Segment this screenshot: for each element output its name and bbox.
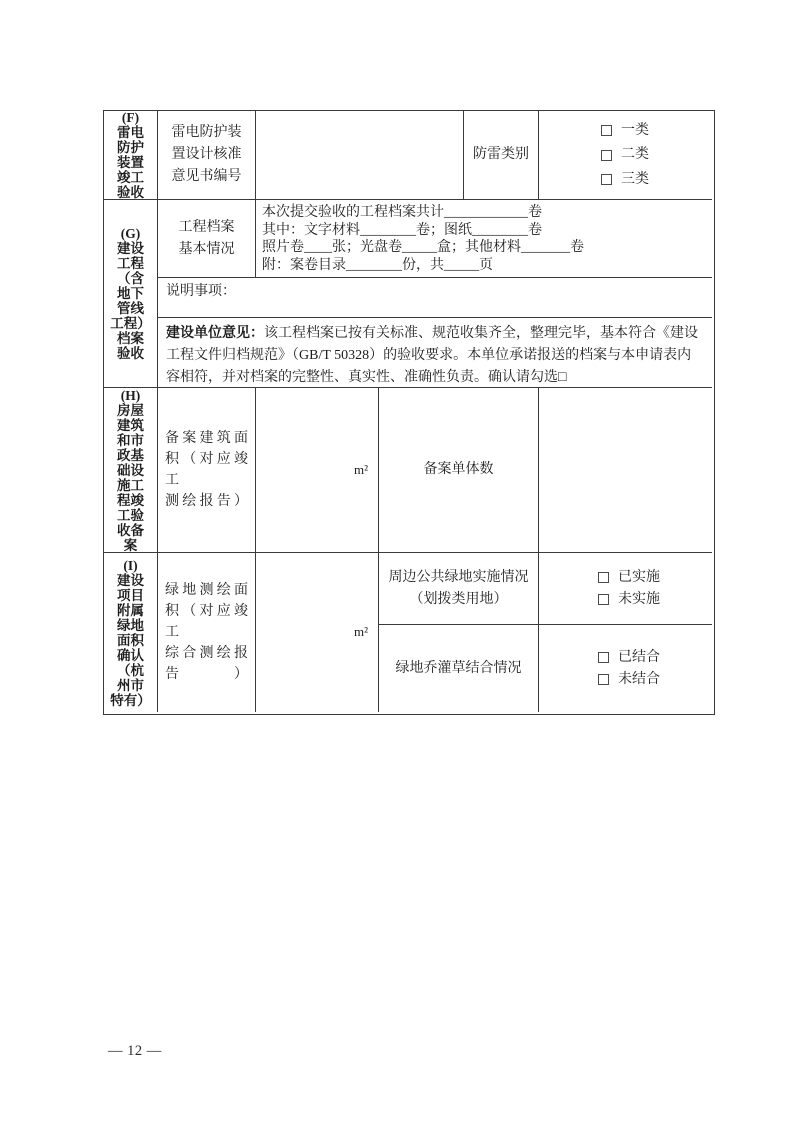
filing-unit-count-value: [539, 388, 712, 553]
section-h-label: (H) 房屋 建筑 和市 政基 础设 施工 程竣 工验 收备 案: [104, 388, 158, 553]
square-meter-unit: m²: [354, 624, 368, 640]
checkbox-icon[interactable]: [598, 674, 609, 685]
lightning-category-label: 防雷类别: [464, 111, 539, 200]
option-not-implemented: 未实施: [598, 591, 712, 609]
checkbox-icon[interactable]: [601, 150, 612, 161]
public-green-implementation-label: 周边公共绿地实施情况 （划拨类用地）: [379, 553, 539, 625]
option-label: 三类: [621, 171, 649, 189]
checkbox-icon[interactable]: [598, 572, 609, 583]
archive-line-materials: 其中：文字材料________卷；图纸________卷: [262, 222, 706, 240]
checkbox-icon[interactable]: [598, 652, 609, 663]
archive-line-total: 本次提交验收的工程档案共计____________卷: [262, 204, 706, 222]
option-class-3: 三类: [601, 171, 712, 189]
section-g-label: (G) 建设 工程 （含 地下 管线 工程） 档案 验收: [104, 200, 158, 388]
green-mix-options: 已结合 未结合: [539, 625, 712, 712]
section-i-label: (I) 建设 项目 附属 绿地 面积 确认 （杭 州市 特有）: [104, 553, 158, 712]
checkbox-icon[interactable]: [598, 594, 609, 605]
opinion-title: 建设单位意见：: [166, 326, 264, 341]
option-class-1: 一类: [601, 122, 712, 140]
archive-line-catalog: 附：案卷目录________份，共_____页: [262, 257, 706, 275]
lightning-category-options: 一类 二类 三类: [539, 111, 712, 200]
section-f-label: (F) 雷电 防护 装置 竣工 验收: [104, 111, 158, 200]
lightning-approval-number-label: 雷电防护装 置设计核准 意见书编号: [158, 111, 256, 200]
option-implemented: 已实施: [598, 569, 712, 587]
construction-unit-opinion-cell: 建设单位意见：该工程档案已按有关标准、规范收集齐全，整理完毕，基本符合《建设工程…: [158, 318, 712, 388]
option-not-combined: 未结合: [598, 671, 712, 689]
square-meter-unit: m²: [354, 462, 368, 478]
option-label: 未实施: [618, 591, 660, 609]
page-number: — 12 —: [108, 1043, 162, 1060]
option-label: 一类: [621, 122, 649, 140]
public-green-implementation-options: 已实施 未实施: [539, 553, 712, 625]
option-label: 已实施: [618, 569, 660, 587]
green-area-label: 绿地测绘面 积（对应竣工 综合测绘报 告）: [158, 553, 256, 712]
acceptance-form-table: (F) 雷电 防护 装置 竣工 验收 雷电防护装 置设计核准 意见书编号 防雷类…: [103, 110, 715, 715]
filing-unit-count-label: 备案单体数: [379, 388, 539, 553]
option-label: 二类: [621, 146, 649, 164]
archive-line-photos: 照片卷____张；光盘卷_____盒；其他材料_______卷: [262, 239, 706, 257]
green-mix-label: 绿地乔灌草结合情况: [379, 625, 539, 712]
notes-cell: 说明事项：: [158, 278, 712, 318]
option-class-2: 二类: [601, 146, 712, 164]
option-combined: 已结合: [598, 649, 712, 667]
document-page: (F) 雷电 防护 装置 竣工 验收 雷电防护装 置设计核准 意见书编号 防雷类…: [0, 0, 800, 1131]
option-label: 已结合: [618, 649, 660, 667]
archive-basic-info-content: 本次提交验收的工程档案共计____________卷 其中：文字材料______…: [256, 200, 712, 278]
filing-building-area-label: 备案建筑面 积（对应竣工 测绘报告）: [158, 388, 256, 553]
checkbox-icon[interactable]: [601, 174, 612, 185]
lightning-approval-number-value: [256, 111, 464, 200]
filing-building-area-value: m²: [256, 388, 379, 553]
archive-basic-info-label: 工程档案 基本情况: [158, 200, 256, 278]
option-label: 未结合: [618, 671, 660, 689]
checkbox-icon[interactable]: [601, 125, 612, 136]
green-area-value: m²: [256, 553, 379, 712]
